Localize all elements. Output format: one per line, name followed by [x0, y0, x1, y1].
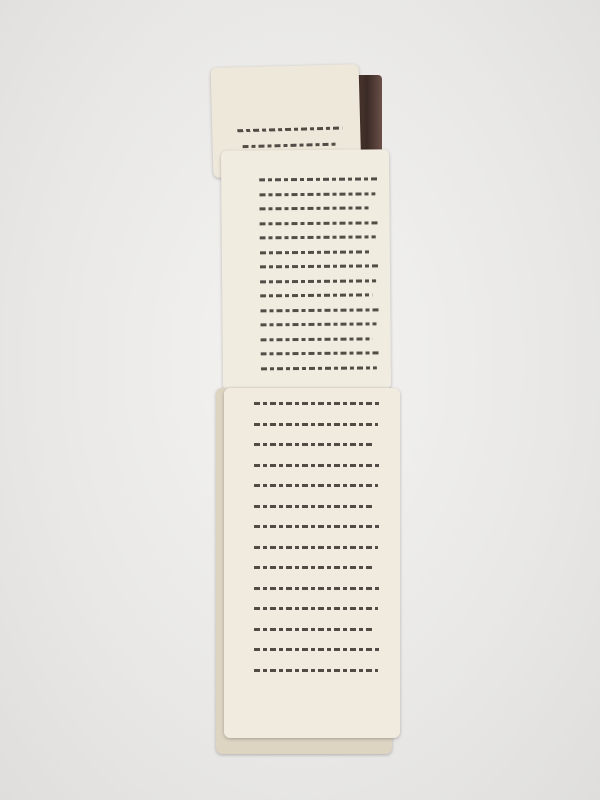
script-line: [254, 607, 378, 610]
script-line: [254, 443, 374, 446]
upper-page: [221, 149, 391, 390]
script-line: [261, 351, 381, 355]
script-line: [261, 366, 377, 370]
script-line: [254, 402, 382, 405]
script-line: [254, 464, 382, 467]
script-line: [254, 546, 378, 549]
script-line: [260, 322, 376, 326]
script-line: [259, 177, 379, 181]
script-line: [254, 525, 382, 528]
script-line: [254, 505, 374, 508]
script-line: [254, 423, 378, 426]
script-line: [260, 308, 380, 312]
script-line: [254, 566, 374, 569]
script-line: [260, 250, 372, 254]
script-line: [261, 337, 373, 341]
script-line: [260, 293, 372, 297]
script-line: [260, 221, 380, 225]
script-line: [260, 235, 376, 239]
script-line: [259, 206, 371, 210]
script-line: [254, 484, 378, 487]
lower-page: [224, 388, 400, 738]
script-line: [259, 192, 375, 196]
script-line: [260, 279, 376, 283]
script-line: [254, 669, 378, 672]
script-line: [260, 264, 380, 268]
script-line: [254, 587, 382, 590]
script-line: [254, 648, 382, 651]
script-line: [254, 628, 374, 631]
